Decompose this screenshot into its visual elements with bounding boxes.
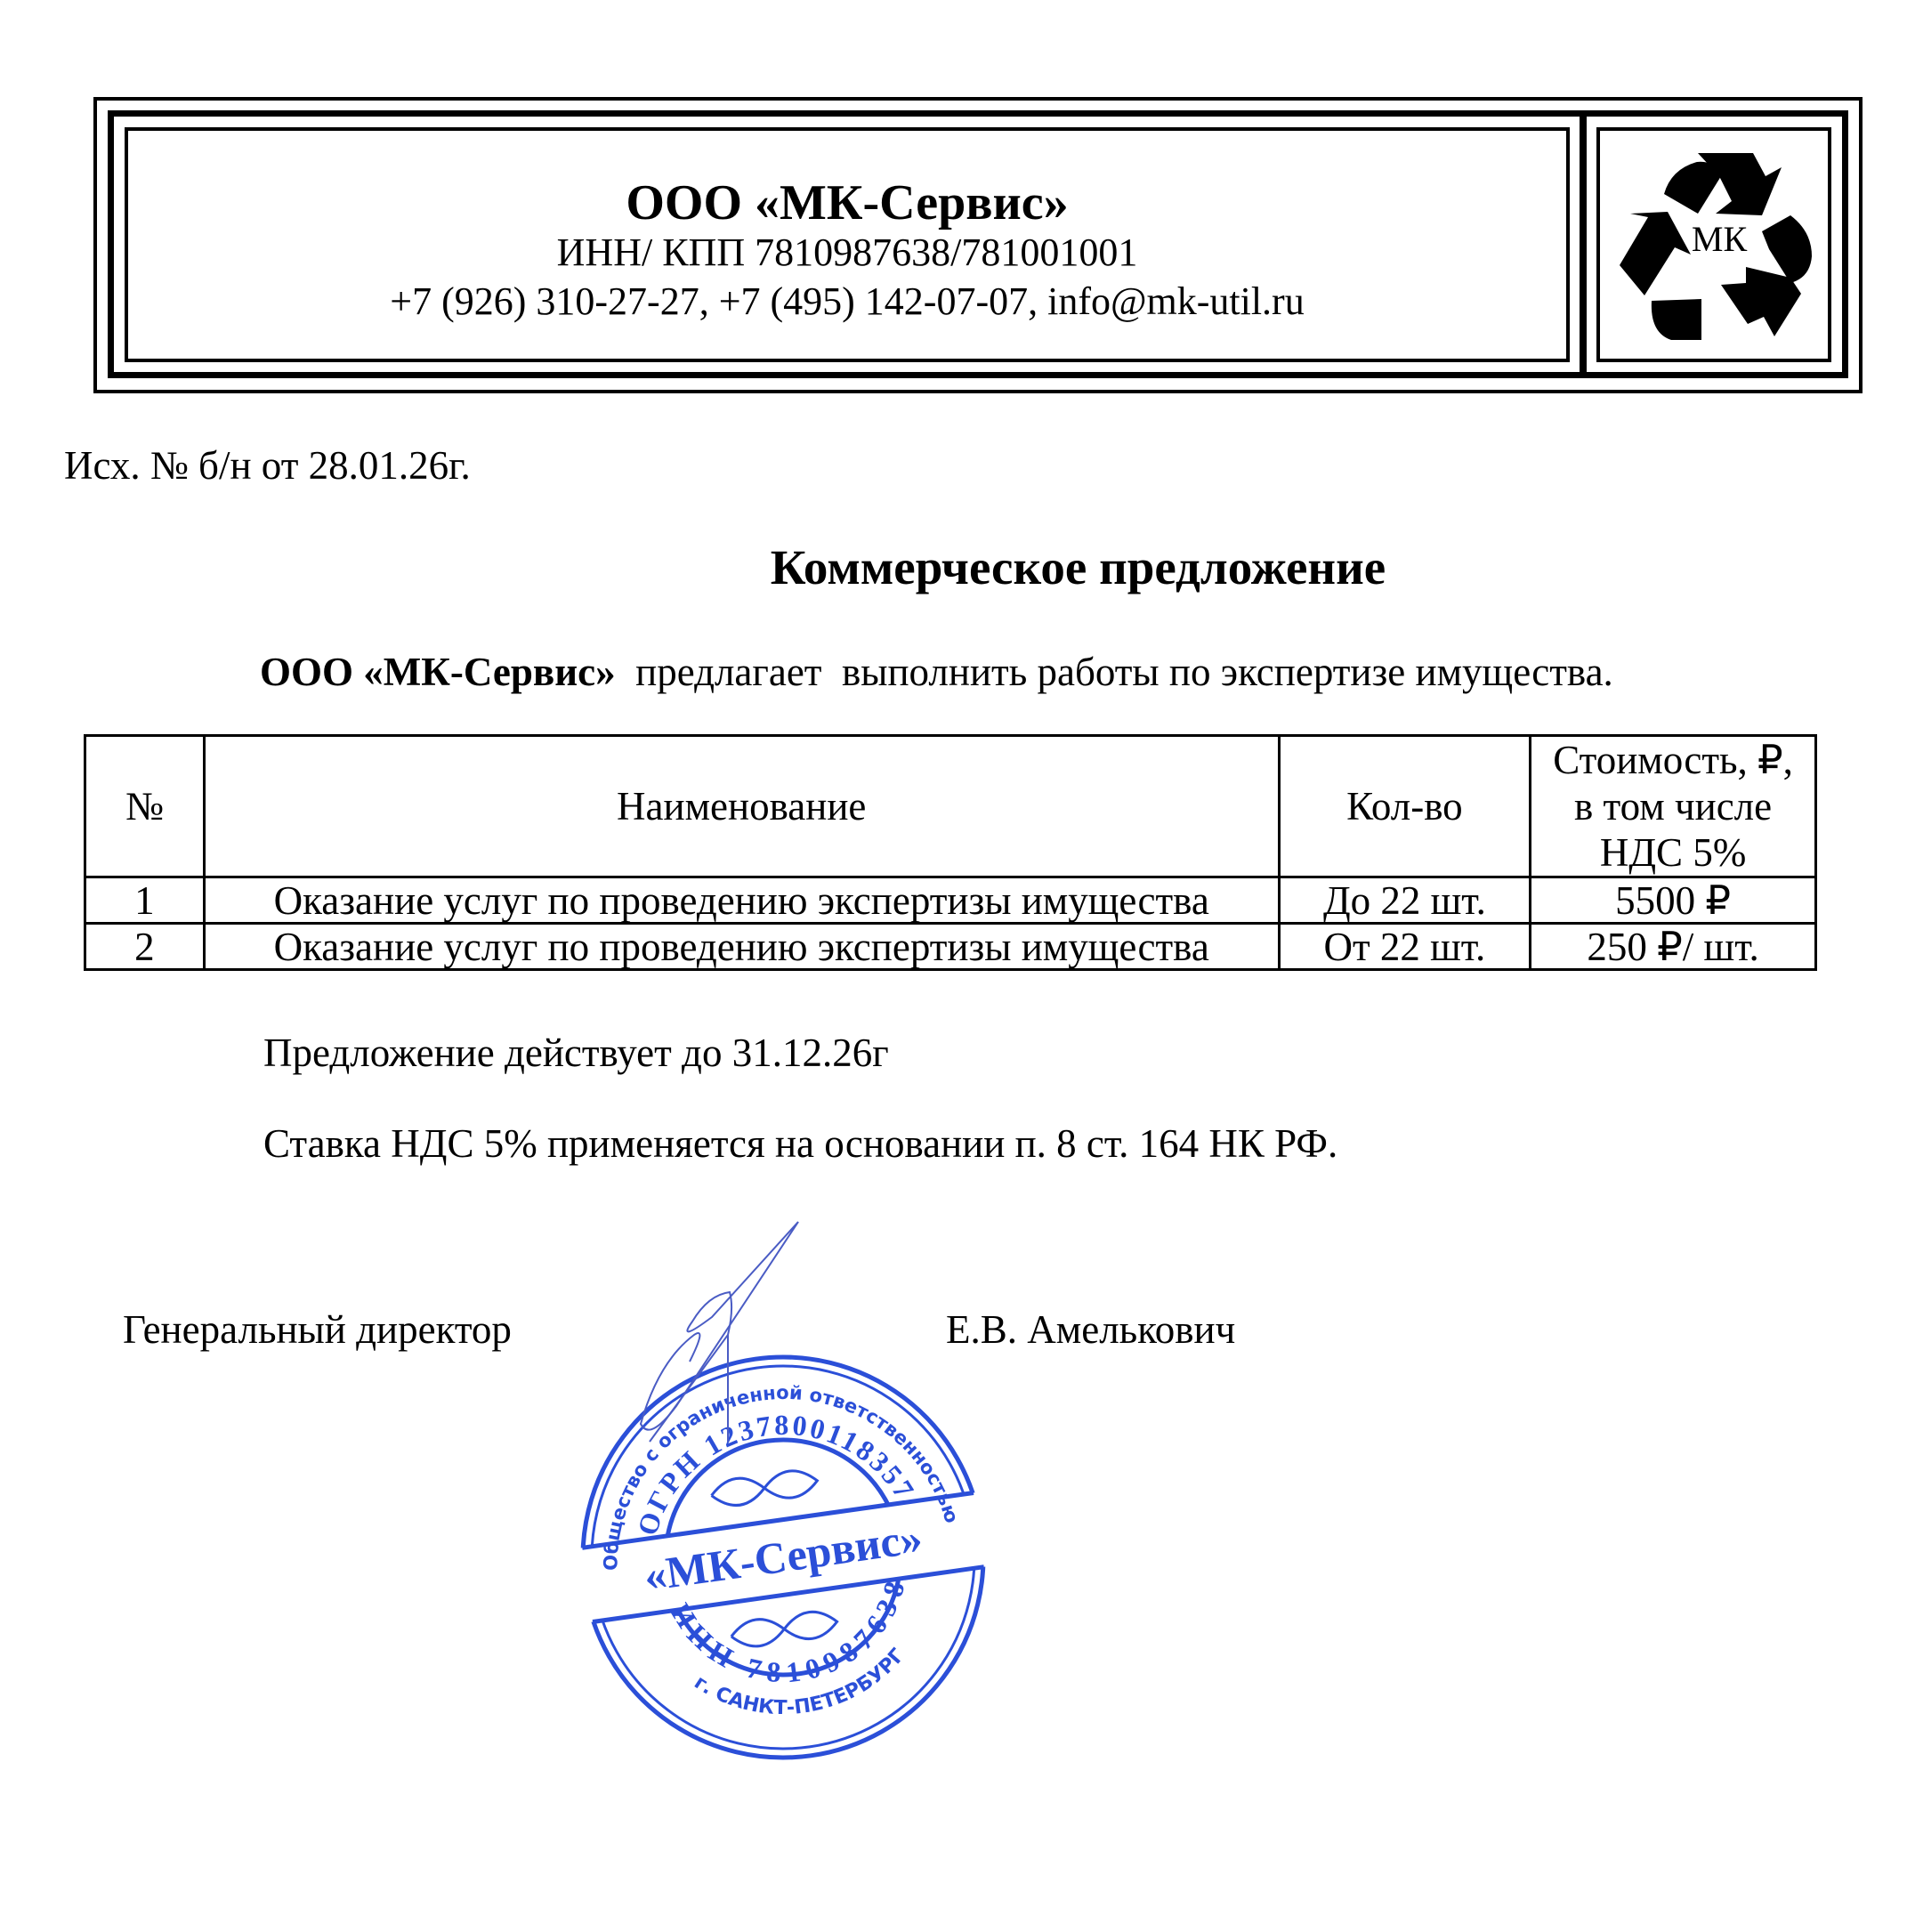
- header-qty: Кол-во: [1279, 736, 1531, 877]
- intro-text: предлагает выполнить работы по экспертиз…: [616, 650, 1613, 694]
- cell-qty: До 22 шт.: [1279, 877, 1531, 924]
- signatory-role: Генеральный директор: [123, 1306, 512, 1353]
- intro-company: ООО «МК-Сервис»: [260, 650, 616, 694]
- company-inn-kpp: ИНН/ КПП 7810987638/781001001: [125, 230, 1570, 275]
- vat-note: Ставка НДС 5% применяется на основании п…: [263, 1120, 1337, 1167]
- table-header-row: № Наименование Кол-во Стоимость, ₽, в то…: [85, 736, 1816, 877]
- cell-num: 1: [85, 877, 205, 924]
- handwritten-signature: [623, 1210, 854, 1477]
- table-row: 1 Оказание услуг по проведению экспертиз…: [85, 877, 1816, 924]
- header-price-line: в том числе: [1539, 783, 1807, 829]
- offer-table: № Наименование Кол-во Стоимость, ₽, в то…: [84, 734, 1817, 971]
- cell-name: Оказание услуг по проведению экспертизы …: [204, 924, 1279, 970]
- cell-num: 2: [85, 924, 205, 970]
- intro-paragraph: ООО «МК-Сервис» предлагает выполнить раб…: [260, 649, 1613, 695]
- logo-text: МК: [1692, 219, 1748, 259]
- table-row: 2 Оказание услуг по проведению экспертиз…: [85, 924, 1816, 970]
- offer-validity: Предложение действует до 31.12.26г: [263, 1030, 889, 1076]
- header-price-line: Стоимость, ₽,: [1539, 737, 1807, 783]
- cell-name: Оказание услуг по проведению экспертизы …: [204, 877, 1279, 924]
- outgoing-reference: Исх. № б/н от 28.01.26г.: [64, 442, 471, 489]
- company-name: ООО «МК-Сервис»: [125, 174, 1570, 231]
- cell-price: 5500 ₽: [1531, 877, 1816, 924]
- company-contacts: +7 (926) 310-27-27, +7 (495) 142-07-07, …: [125, 279, 1570, 324]
- header-price-line: НДС 5%: [1539, 829, 1807, 876]
- recycle-icon: МК: [1612, 142, 1819, 345]
- header-price: Стоимость, ₽, в том числе НДС 5%: [1531, 736, 1816, 877]
- header-num: №: [85, 736, 205, 877]
- cell-price: 250 ₽/ шт.: [1531, 924, 1816, 970]
- page-title: Коммерческое предложение: [0, 539, 1907, 595]
- cell-qty: От 22 шт.: [1279, 924, 1531, 970]
- letterhead-divider: [1580, 110, 1587, 378]
- header-name: Наименование: [204, 736, 1279, 877]
